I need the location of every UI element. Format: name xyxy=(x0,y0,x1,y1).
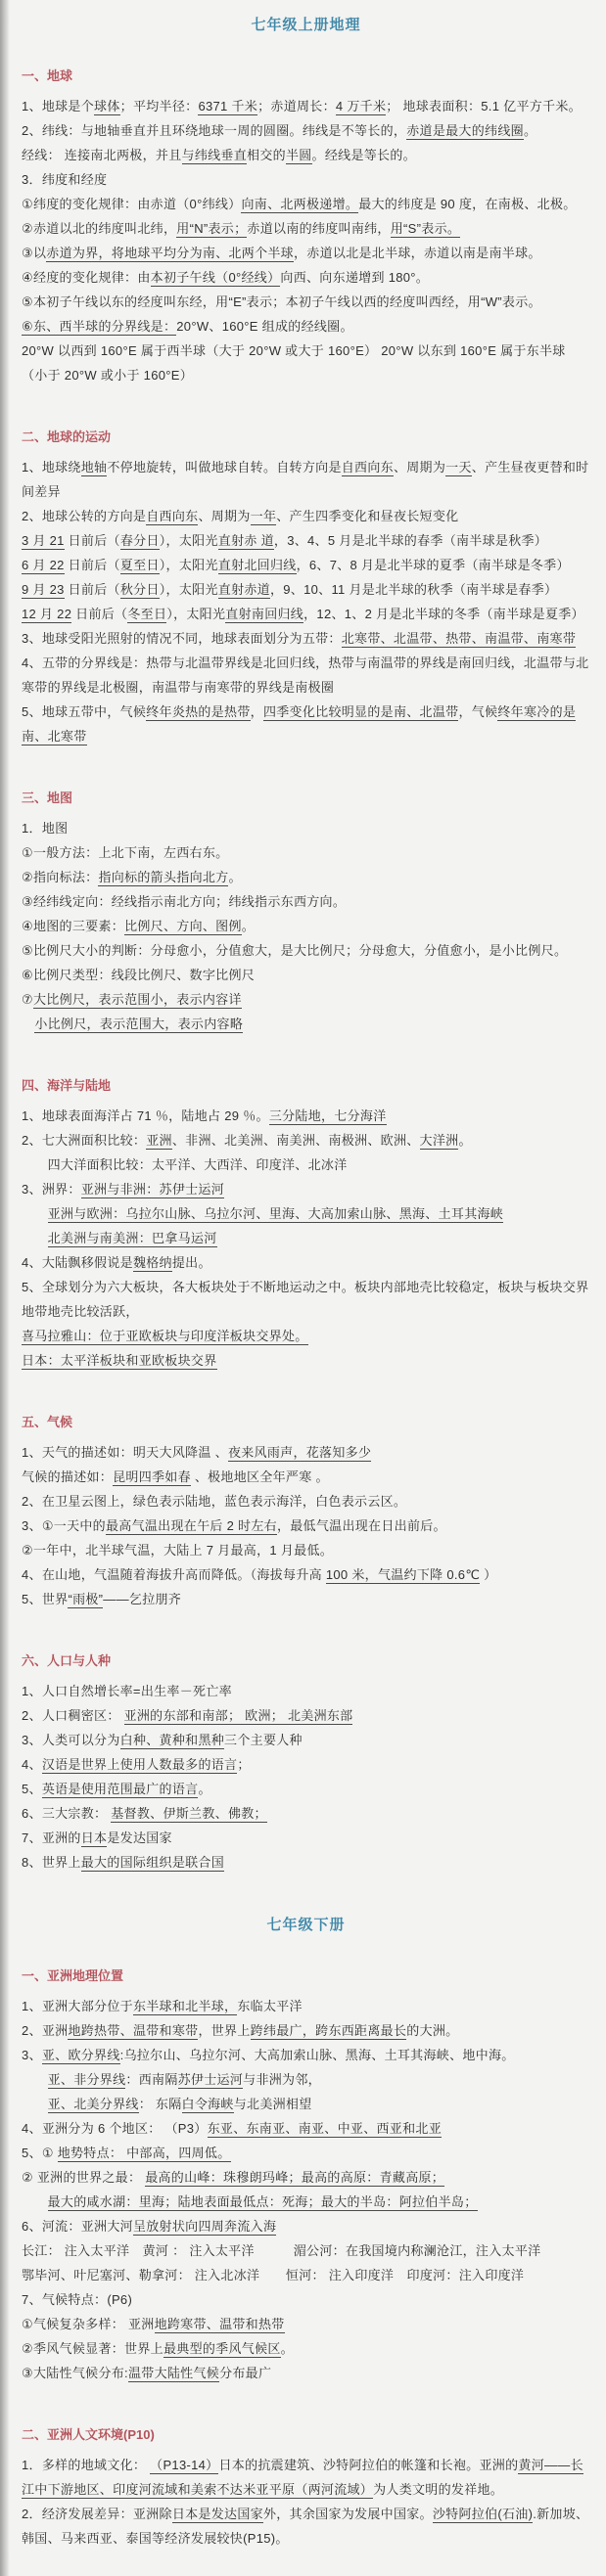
plain-text: ②季风气候显著：世界上 xyxy=(22,2341,163,2356)
section-number: 二、 xyxy=(22,429,47,444)
plain-text: 1、人口自然增长率=出生率－死亡率 xyxy=(22,1684,232,1698)
text-line: 亚、非分界线：西南隔苏伊士运河与非洲为邻， xyxy=(22,2067,590,2092)
underlined-text: 东亚、东南亚、南亚、中亚、西亚和北亚 xyxy=(208,2121,442,2138)
plain-text xyxy=(22,2097,48,2111)
plain-text: ①纬度的变化规律：由赤道（0°纬线） xyxy=(22,197,241,211)
underlined-text: 指向标的箭头指向北方 xyxy=(98,870,228,886)
text-line: 日本：太平洋板块和亚欧板块交界 xyxy=(22,1348,590,1373)
plain-text: 。 xyxy=(242,919,255,933)
underlined-text: 最典型的季风气候区 xyxy=(163,2341,281,2358)
plain-text xyxy=(22,1231,48,1245)
plain-text xyxy=(22,1206,48,1221)
plain-text: ④地图的三要素： xyxy=(22,919,124,933)
plain-text: 2、地球公转的方向是 xyxy=(22,509,146,523)
plain-text: ——乞拉朋齐 xyxy=(103,1592,181,1606)
text-line: 1、天气的描述如：明天大风降温 、夜来风雨声，花落知多少 xyxy=(22,1440,590,1465)
plain-text: 日前后（ xyxy=(65,558,120,572)
underlined-text: 北寒带、北温带、热带、南温带、南寒带 xyxy=(342,631,576,648)
underlined-text: 苏伊士运河 xyxy=(178,2072,244,2089)
plain-text: 。经线是等长的。 xyxy=(312,148,416,162)
text-line: 6、河流：亚洲大河呈放射状向四周奔流入海 xyxy=(22,2214,590,2238)
underlined-text: （P13-14） xyxy=(150,2458,218,2474)
underlined-text: 地轴 xyxy=(81,460,108,476)
underlined-text: 北美洲与南美洲：巴拿马运河 xyxy=(48,1231,217,1247)
plain-text: 20°W、160°E 组成的经线圈。 xyxy=(176,319,353,334)
text-line: 5、英语是使用范围最广的语言。 xyxy=(22,1777,590,1801)
underlined-text: 赤道为界，将地球平均分为南、北两个半球 xyxy=(46,246,294,262)
plain-text: 20°W 以西到 160°E 属于西半球（大于 20°W 或大于 160°E） … xyxy=(22,343,566,383)
underlined-text: 自西向东 xyxy=(342,460,394,476)
underlined-text: 白种、黄种和黑种 xyxy=(120,1733,224,1749)
plain-text: ④经度的变化规律：由 xyxy=(22,270,151,285)
plain-text: 1、亚洲大部分位于 xyxy=(22,1999,133,2013)
underlined-text: 直射南回归线 xyxy=(225,607,303,623)
underlined-text: “雨极” xyxy=(68,1592,103,1608)
plain-text: 鄂毕河、叶尼塞河、勒拿河： 注入北冰洋 恒河： 注入印度洋 印度河：注入印度洋 xyxy=(22,2268,524,2282)
section: 五、气候1、天气的描述如：明天大风降温 、夜来风雨声，花落知多少气候的描述如：昆… xyxy=(22,1410,590,1611)
text-line: 5、世界“雨极”——乞拉朋齐 xyxy=(22,1587,590,1611)
plain-text: ，3、4、5 月是北半球的春季（南半球是秋季） xyxy=(274,533,547,548)
text-line: ⑥比例尺类型：线段比例尺、数字比例尺 xyxy=(22,963,590,987)
plain-text: 与非洲为邻， xyxy=(243,2072,321,2087)
plain-text: ； xyxy=(237,1757,250,1772)
text-line: 经线： 连接南北两极，并且与纬线垂直相交的半圆。经线是等长的。 xyxy=(22,143,590,167)
plain-text: 1．地图 xyxy=(22,821,68,836)
plain-text xyxy=(22,1017,34,1031)
text-line: 4、大陆飘移假说是魏格纳提出。 xyxy=(22,1250,590,1275)
underlined-text: ⑥东、西半球的分界线是： xyxy=(22,319,176,336)
text-line: 气候的描述如：昆明四季如春 、极地地区全年严寒 。 xyxy=(22,1465,590,1489)
plain-text: 3、①一天中的 xyxy=(22,1518,106,1533)
section: 三、地图1．地图①一般方法：上北下南，左西右东。②指向标法：指向标的箭头指向北方… xyxy=(22,786,590,1036)
plain-text: 1、天气的描述如：明天大风降温 、 xyxy=(22,1445,228,1460)
plain-text: 2、人口稠密区： xyxy=(22,1708,124,1723)
text-line: ②指向标法：指向标的箭头指向北方。 xyxy=(22,865,590,889)
plain-text: ； 地球表面积：5.1 亿平方千米。 xyxy=(386,99,582,113)
plain-text: ②赤道以北的纬度叫北纬， xyxy=(22,221,176,236)
plain-text xyxy=(22,2072,48,2087)
text-line: 四大洋面积比较：太平洋、大西洋、印度洋、北冰洋 xyxy=(22,1152,590,1177)
plain-text: 5、 xyxy=(22,1782,42,1796)
underlined-text: 温带大陆性气候 xyxy=(128,2366,219,2382)
part-title: 七年级上册地理 xyxy=(22,14,590,34)
plain-text: 、周期为 xyxy=(394,460,445,475)
text-line: 亚、北美分界线： 东隔白令海峡与北美洲相望 xyxy=(22,2092,590,2116)
section-heading: 一、亚洲地理位置 xyxy=(22,1964,590,1988)
section-title: 亚洲地理位置 xyxy=(47,1968,123,1983)
underlined-text: 赤道是最大的纬线圈 xyxy=(406,123,524,140)
text-line: ⑤比例尺大小的判断：分母愈小，分值愈大，是大比例尺；分母愈大，分值愈小，是小比例… xyxy=(22,938,590,963)
text-line: 4、汉语是世界上使用人数最多的语言； xyxy=(22,1752,590,1777)
underlined-text: 三分陆地，七分海洋 xyxy=(269,1108,387,1125)
plain-text: 、产生四季变化和昼夜长短变化 xyxy=(276,509,458,523)
section-title: 亚洲人文环境(P10) xyxy=(47,2427,155,2442)
plain-text: 4、五带的分界线是：热带与北温带界线是北回归线，热带与南温带的界线是南回归线，北… xyxy=(22,655,588,695)
underlined-text: 亚、北美分界线 xyxy=(48,2097,139,2113)
underlined-text: 沙特阿拉伯(石油) xyxy=(433,2507,533,2523)
text-line: 1．地图 xyxy=(22,816,590,840)
plain-text: 1、地球是个 xyxy=(22,99,94,113)
plain-text: 2、亚洲 xyxy=(22,2023,68,2038)
document-page: 七年级上册地理一、地球1、地球是个球体；平均半径：6371 千米；赤道周长：4 … xyxy=(0,0,606,2576)
text-line: 3．纬度和经度 xyxy=(22,167,590,192)
text-line: 6 月 22 日前后（夏至日），太阳光直射北回归线，6、7、8 月是北半球的夏季… xyxy=(22,553,590,577)
underlined-text: 秋分日 xyxy=(120,582,160,599)
plain-text: 6、三大宗教： xyxy=(22,1806,111,1821)
plain-text: 3、 xyxy=(22,2048,42,2062)
underlined-text: 日本 xyxy=(81,1830,108,1847)
underlined-text: 四季变化比较明显的是南、北温带 xyxy=(263,704,459,721)
plain-text: 3、地球受阳光照射的情况不同，地球表面划分为五带： xyxy=(22,631,342,646)
section-title: 地球的运动 xyxy=(47,429,111,444)
text-line: ①一般方法：上北下南，左西右东。 xyxy=(22,840,590,865)
plain-text: 东临太平洋 xyxy=(237,1999,303,2013)
plain-text: ②指向标法： xyxy=(22,870,98,884)
underlined-text: 喜马拉雅山：位于亚欧板块与印度洋板块交界处。 xyxy=(22,1329,308,1345)
underlined-text: 终年炎热的是热带 xyxy=(146,704,250,721)
underlined-text: 直射赤 道 xyxy=(218,533,274,550)
section: 一、亚洲地理位置1、亚洲大部分位于东半球和北半球，东临太平洋2、亚洲地跨热带、温… xyxy=(22,1964,590,2385)
text-line: 喜马拉雅山：位于亚欧板块与印度洋板块交界处。 xyxy=(22,1324,590,1348)
plain-text: ，9、10、11 月是北半球的秋季（南半球是春季） xyxy=(270,582,557,597)
plain-text: ①气候复杂多样： 亚洲 xyxy=(22,2317,155,2331)
text-line: ④经度的变化规律：由本初子午线（0°经线）向西、向东递增到 180°。 xyxy=(22,265,590,290)
plain-text: 日前后（ xyxy=(71,607,127,621)
underlined-text: 英语是使用范围最广的语言 xyxy=(42,1782,199,1798)
section-title: 地图 xyxy=(47,791,72,805)
text-line: 2、在卫星云图上，绿色表示陆地，蓝色表示海洋，白色表示云区。 xyxy=(22,1489,590,1514)
plain-text: 分布最广 xyxy=(219,2366,271,2380)
plain-text: 长江： 注入太平洋 黄河 ： 注入太平洋 湄公河：在我国境内称澜沧江，注入太平洋 xyxy=(22,2243,540,2258)
text-line: ⑤本初子午线以东的经度叫东经，用“E”表示；本初子午线以西的经度叫西经，用“W”… xyxy=(22,290,590,314)
text-line: 1、地球绕地轴不停地旋转，叫做地球自转。自转方向是自西向东、周期为一天、产生昼夜… xyxy=(22,455,590,504)
underlined-text: 汉语是世界上使用人数最多的语言 xyxy=(42,1757,238,1774)
section-heading: 二、地球的运动 xyxy=(22,425,590,449)
underlined-text: 向南、北两极递增。 xyxy=(241,197,358,213)
plain-text: ⑤比例尺大小的判断：分母愈小，分值愈大，是大比例尺；分母愈大，分值愈小，是小比例… xyxy=(22,943,567,958)
underlined-text: 半圆 xyxy=(286,148,312,164)
plain-text xyxy=(22,2194,48,2209)
underlined-text: 夜来风雨声，花落知多少 xyxy=(228,1445,371,1462)
text-line: 2、地球公转的方向是自西向东、周期为一年、产生四季变化和昼夜长短变化 xyxy=(22,504,590,528)
text-line: 1、地球表面海洋占 71 ％，陆地占 29 ％。三分陆地，七分海洋 xyxy=(22,1104,590,1128)
text-line: 1、亚洲大部分位于东半球和北半球，东临太平洋 xyxy=(22,1994,590,2018)
text-line: 4、在山地，气温随着海拔升高而降低。（海拔每升高 100 米，气温约下降 0.6… xyxy=(22,1562,590,1587)
text-line: 2、七大洲面积比较：亚洲、非洲、北美洲、南美洲、南极洲、欧洲、大洋洲。 xyxy=(22,1128,590,1152)
plain-text: 、极地地区全年严寒 。 xyxy=(191,1469,329,1484)
section-number: 六、 xyxy=(22,1653,47,1668)
text-line: 7、亚洲的日本是发达国家 xyxy=(22,1826,590,1850)
underlined-text: 跨纬最广，跨东西距离最长 xyxy=(251,2023,407,2040)
plain-text: 8、世界上 xyxy=(22,1855,81,1870)
underlined-text: 小比例尺，表示范围大，表示内容略 xyxy=(34,1017,243,1033)
underlined-text: 本初子午线（0°经线） xyxy=(151,270,281,287)
section-heading: 一、地球 xyxy=(22,64,590,88)
plain-text: ；平均半径： xyxy=(120,99,199,113)
underlined-text: 地势特点： 中部高，四周低。 xyxy=(58,2146,231,2162)
underlined-text: 日本是发达国家 xyxy=(172,2507,263,2523)
plain-text: 2、七大洲面积比较： xyxy=(22,1133,146,1148)
underlined-text: 冬至日 xyxy=(127,607,166,623)
plain-text: 日前后（ xyxy=(65,533,120,548)
underlined-text: 一天 xyxy=(445,460,472,476)
underlined-text: 地跨热带、温带和寒带 xyxy=(68,2023,198,2040)
plain-text: ；赤道周长： xyxy=(257,99,336,113)
section-heading: 四、海洋与陆地 xyxy=(22,1073,590,1098)
plain-text: 不停地旋转，叫做地球自转。自转方向是 xyxy=(107,460,341,475)
underlined-text: 比例尺、方向、图例 xyxy=(124,919,242,935)
part-title: 七年级下册 xyxy=(22,1914,590,1934)
section-title: 地球 xyxy=(47,68,72,83)
text-line: ⑥东、西半球的分界线是：20°W、160°E 组成的经线圈。 xyxy=(22,314,590,339)
plain-text: ，6、7、8 月是北半球的夏季（南半球是冬季） xyxy=(297,558,570,572)
underlined-text: 3 月 21 xyxy=(22,533,65,550)
underlined-text: 4 万千米 xyxy=(336,99,386,115)
plain-text: ），太阳光 xyxy=(166,607,225,621)
text-line: 2、纬线：与地轴垂直并且环绕地球一周的圆圈。纬线是不等长的，赤道是最大的纬线圈。 xyxy=(22,118,590,143)
text-line: 鄂毕河、叶尼塞河、勒拿河： 注入北冰洋 恒河： 注入印度洋 印度河：注入印度洋 xyxy=(22,2263,590,2287)
underlined-text: 春分日 xyxy=(120,533,160,550)
plain-text: 与北美洲相望 xyxy=(234,2097,312,2111)
text-line: 1．多样的地域文化： （P13-14）日本的抗震建筑、沙特阿拉伯的帐篷和长袍。亚… xyxy=(22,2453,590,2502)
plain-text: ③大陆性气候分布: xyxy=(22,2366,128,2380)
underlined-text: 12 月 22 xyxy=(22,607,71,623)
underlined-text: 亚洲与非洲：苏伊士运河 xyxy=(81,1182,224,1198)
text-line: 最大的咸水湖：里海；陆地表面最低点：死海；最大的半岛：阿拉伯半岛； xyxy=(22,2190,590,2214)
plain-text: 5、全球划分为六大板块，各大板块处于不断地运动之中。板块内部地壳比较稳定，板块与… xyxy=(22,1280,588,1319)
plain-text: 。 xyxy=(458,1133,471,1148)
plain-text: 5、世界 xyxy=(22,1592,68,1606)
section: 六、人口与人种1、人口自然增长率=出生率－死亡率2、人口稠密区： 亚洲的东部和南… xyxy=(22,1649,590,1875)
plain-text: 日前后（ xyxy=(65,582,120,597)
text-line: ③以赤道为界，将地球平均分为南、北两个半球，赤道以北是北半球，赤道以南是南半球。 xyxy=(22,241,590,265)
underlined-text: 亚、欧分界线 xyxy=(42,2048,120,2064)
underlined-text: 直射赤道 xyxy=(218,582,270,599)
text-line: ②一年中，北半球气温，大陆上 7 月最高，1 月最低。 xyxy=(22,1538,590,1562)
plain-text: 、周期为 xyxy=(198,509,250,523)
section: 四、海洋与陆地1、地球表面海洋占 71 ％，陆地占 29 ％。三分陆地，七分海洋… xyxy=(22,1073,590,1373)
text-line: 2、亚洲地跨热带、温带和寒带，世界上跨纬最广，跨东西距离最长的大洲。 xyxy=(22,2018,590,2043)
plain-text: 4、 xyxy=(22,1757,42,1772)
underlined-text: 球体 xyxy=(94,99,120,115)
plain-text: 2、纬线：与地轴垂直并且环绕地球一周的圆圈。纬线是不等长的， xyxy=(22,123,406,138)
text-line: 3、①一天中的最高气温出现在午后 2 时左右，最低气温出现在日出前后。 xyxy=(22,1514,590,1538)
plain-text: ⑥比例尺类型：线段比例尺、数字比例尺 xyxy=(22,968,255,982)
text-line: 3、人类可以分为白种、黄种和黑种三个主要人种 xyxy=(22,1728,590,1752)
plain-text: ②一年中，北半球气温，大陆上 7 月最高，1 月最低。 xyxy=(22,1543,333,1558)
plain-text: ： 东隔 xyxy=(139,2097,182,2111)
plain-text: 2．经济发展差异：亚洲除 xyxy=(22,2507,172,2521)
underlined-text: 最高气温出现在午后 2 时左右 xyxy=(106,1518,277,1535)
text-line: ①纬度的变化规律：由赤道（0°纬线）向南、北两极递增。最大的纬度是 90 度，在… xyxy=(22,192,590,216)
plain-text: 4、大陆飘移假说是 xyxy=(22,1255,133,1270)
plain-text: 赤道以南的纬度叫南纬， xyxy=(247,221,390,236)
section-number: 五、 xyxy=(22,1415,47,1429)
text-line: 4、亚洲分为 6 个地区： （P3）东亚、东南亚、南亚、中亚、西亚和北亚 xyxy=(22,2116,590,2141)
underlined-text: 地跨寒带、温带和热带 xyxy=(155,2317,285,2333)
text-line: ②赤道以北的纬度叫北纬，用“N”表示；赤道以南的纬度叫南纬，用“S”表示。 xyxy=(22,216,590,241)
underlined-text: 6 月 22 xyxy=(22,558,65,574)
text-line: ③经纬线定向：经线指示南北方向；纬线指示东西方向。 xyxy=(22,889,590,914)
text-line: 长江： 注入太平洋 黄河 ： 注入太平洋 湄公河：在我国境内称澜沧江，注入太平洋 xyxy=(22,2238,590,2263)
underlined-text: 用“S”表示。 xyxy=(391,221,460,238)
underlined-text: 昆明四季如春 xyxy=(113,1469,191,1486)
section-number: 四、 xyxy=(22,1078,47,1093)
text-line: 9 月 23 日前后（秋分日），太阳光直射赤道，9、10、11 月是北半球的秋季… xyxy=(22,577,590,602)
section: 二、亚洲人文环境(P10)1．多样的地域文化： （P13-14）日本的抗震建筑、… xyxy=(22,2422,590,2551)
text-line: ② 亚洲的世界之最： 最高的山峰：珠穆朗玛峰；最高的高原：青藏高原； xyxy=(22,2165,590,2190)
plain-text: 3、洲界： xyxy=(22,1182,81,1197)
underlined-text: 6371 千米 xyxy=(198,99,257,115)
section: 一、地球1、地球是个球体；平均半径：6371 千米；赤道周长：4 万千米； 地球… xyxy=(22,64,590,387)
plain-text: 提出。 xyxy=(172,1255,211,1270)
plain-text: 3．纬度和经度 xyxy=(22,172,107,187)
text-line: 8、世界上最大的国际组织是联合国 xyxy=(22,1850,590,1875)
plain-text: 、非洲、北美洲、南美洲、南极洲、欧洲、 xyxy=(172,1133,420,1148)
plain-text: 最大的纬度是 90 度，在南极、北极。 xyxy=(358,197,576,211)
section-number: 一、 xyxy=(22,68,47,83)
underlined-text: 最高的山峰：珠穆朗玛峰；最高的高原：青藏高原； xyxy=(145,2170,444,2187)
plain-text: 气候的描述如： xyxy=(22,1469,113,1484)
plain-text: 4、亚洲分为 6 个地区： （P3） xyxy=(22,2121,208,2136)
plain-text: 。 xyxy=(198,1782,210,1796)
plain-text: 相交的 xyxy=(247,148,286,162)
plain-text: ），太阳光 xyxy=(160,582,218,597)
plain-text: 1、地球绕 xyxy=(22,460,81,475)
underlined-text: 最大的国际组织是联合国 xyxy=(81,1855,224,1872)
text-line: 12 月 22 日前后（冬至日），太阳光直射南回归线，12、1、2 月是北半球的… xyxy=(22,602,590,626)
text-line: 3、洲界：亚洲与非洲：苏伊士运河 xyxy=(22,1177,590,1201)
plain-text: 四大洋面积比较：太平洋、大西洋、印度洋、北冰洋 xyxy=(22,1157,348,1172)
underlined-text: 自西向东 xyxy=(146,509,198,525)
plain-text: 是发达国家 xyxy=(107,1830,172,1845)
plain-text: ） xyxy=(480,1567,496,1582)
section-title: 人口与人种 xyxy=(47,1653,111,1668)
text-line: 4、五带的分界线是：热带与北温带界线是北回归线，热带与南温带的界线是南回归线，北… xyxy=(22,651,590,700)
plain-text: ①一般方法：上北下南，左西右东。 xyxy=(22,845,228,860)
underlined-text: 魏格纳 xyxy=(133,1255,172,1272)
underlined-text: 最大的咸水湖：里海；陆地表面最低点：死海；最大的半岛：阿拉伯半岛； xyxy=(48,2194,478,2211)
underlined-text: 白令海峡 xyxy=(182,2097,234,2113)
text-line: 7、气候特点：(P6) xyxy=(22,2287,590,2312)
plain-text: ③以 xyxy=(22,246,46,260)
plain-text: 6、河流：亚洲大河 xyxy=(22,2219,133,2234)
text-line: ④地图的三要素：比例尺、方向、图例。 xyxy=(22,914,590,938)
underlined-text: 夏至日 xyxy=(120,558,160,574)
underlined-text: 直射北回归线 xyxy=(218,558,297,574)
plain-text: ），太阳光 xyxy=(160,558,218,572)
section-heading: 六、人口与人种 xyxy=(22,1649,590,1673)
text-line: ①气候复杂多样： 亚洲地跨寒带、温带和热带 xyxy=(22,2312,590,2336)
plain-text: 为人类文明的发祥地。 xyxy=(373,2482,503,2497)
plain-text: :乌拉尔山、乌拉尔河、大高加索山脉、黑海、土耳其海峡、地中海。 xyxy=(120,2048,515,2062)
text-line: 3 月 21 日前后（春分日），太阳光直射赤 道，3、4、5 月是北半球的春季（… xyxy=(22,528,590,553)
text-line: 3、亚、欧分界线:乌拉尔山、乌拉尔河、大高加索山脉、黑海、土耳其海峡、地中海。 xyxy=(22,2043,590,2067)
plain-text: ⑦ xyxy=(22,992,33,1007)
plain-text: 7、气候特点：(P6) xyxy=(22,2292,132,2307)
section-heading: 三、地图 xyxy=(22,786,590,810)
plain-text: ，赤道以北是北半球，赤道以南是南半球。 xyxy=(294,246,541,260)
plain-text: ：西南隔 xyxy=(125,2072,177,2087)
plain-text: 1．多样的地域文化： xyxy=(22,2458,150,2472)
section-number: 一、 xyxy=(22,1968,47,1983)
text-line: ③大陆性气候分布:温带大陆性气候分布最广 xyxy=(22,2361,590,2385)
plain-text: 向西、向东递增到 180°。 xyxy=(280,270,429,285)
text-line: 6、三大宗教： 基督教、伊斯兰教、佛教； xyxy=(22,1801,590,1826)
section-number: 二、 xyxy=(22,2427,47,2442)
text-line: 亚洲与欧洲：乌拉尔山脉、乌拉尔河、里海、大高加索山脉、黑海、土耳其海峡 xyxy=(22,1201,590,1226)
underlined-text: 用“N”表示； xyxy=(176,221,247,238)
text-line: 小比例尺，表示范围大，表示内容略 xyxy=(22,1012,590,1036)
text-line: 20°W 以西到 160°E 属于西半球（大于 20°W 或大于 160°E） … xyxy=(22,339,590,387)
underlined-text: 大洋洲 xyxy=(420,1133,459,1150)
text-line: ⑦大比例尺，表示范围小，表示内容详 xyxy=(22,987,590,1012)
section-heading: 五、气候 xyxy=(22,1410,590,1434)
plain-text: ），太阳光 xyxy=(160,533,218,548)
text-line: 3、地球受阳光照射的情况不同，地球表面划分为五带：北寒带、北温带、热带、南温带、… xyxy=(22,626,590,651)
text-line: 1、地球是个球体；平均半径：6371 千米；赤道周长：4 万千米； 地球表面积：… xyxy=(22,94,590,118)
plain-text: ，最低气温出现在日出前后。 xyxy=(277,1518,446,1533)
section-number: 三、 xyxy=(22,791,47,805)
plain-text: 3、人类可以分为 xyxy=(22,1733,120,1747)
plain-text: 经线： 连接南北两极，并且 xyxy=(22,148,182,162)
underlined-text: 与纬线垂直 xyxy=(182,148,248,164)
plain-text: 。 xyxy=(281,2341,294,2356)
plain-text: 5、地球五带中，气候 xyxy=(22,704,146,719)
section-title: 气候 xyxy=(47,1415,72,1429)
text-line: 北美洲与南美洲：巴拿马运河 xyxy=(22,1226,590,1250)
plain-text: 。 xyxy=(524,123,536,138)
underlined-text: 亚、非分界线 xyxy=(48,2072,126,2089)
plain-text: ，世界上 xyxy=(198,2023,250,2038)
underlined-text: 基督教、伊斯兰教、佛教； xyxy=(111,1806,267,1823)
plain-text: 三个主要人种 xyxy=(224,1733,303,1747)
underlined-text: 亚洲的东部和南部； 欧洲； 北美洲东部 xyxy=(124,1708,353,1725)
text-line: 2、人口稠密区： 亚洲的东部和南部； 欧洲； 北美洲东部 xyxy=(22,1703,590,1728)
plain-text: 5、① xyxy=(22,2146,58,2160)
section-title: 海洋与陆地 xyxy=(47,1078,111,1093)
plain-text: ，气候 xyxy=(458,704,497,719)
underlined-text: 100 米，气温约下降 0.6℃ xyxy=(326,1567,480,1584)
underlined-text: 呈放射状向四周奔流入海 xyxy=(133,2219,276,2236)
underlined-text: 大比例尺，表示范围小，表示内容详 xyxy=(33,992,242,1009)
plain-text: ， xyxy=(251,704,263,719)
plain-text: ② 亚洲的世界之最： xyxy=(22,2170,145,2185)
plain-text: 的大洲。 xyxy=(406,2023,458,2038)
underlined-text: 东半球和北半球， xyxy=(133,1999,237,2015)
text-line: 2．经济发展差异：亚洲除日本是发达国家外，其余国家为发展中国家。沙特阿拉伯(石油… xyxy=(22,2502,590,2551)
text-line: 5、① 地势特点： 中部高，四周低。 xyxy=(22,2141,590,2165)
plain-text: 。 xyxy=(228,870,241,884)
text-line: 1、人口自然增长率=出生率－死亡率 xyxy=(22,1679,590,1703)
underlined-text: 亚洲与欧洲：乌拉尔山脉、乌拉尔河、里海、大高加索山脉、黑海、土耳其海峡 xyxy=(48,1206,504,1223)
plain-text: 外，其余国家为发展中国家。 xyxy=(263,2507,433,2521)
plain-text: 7、亚洲的 xyxy=(22,1830,81,1845)
plain-text: ，12、1、2 月是北半球的冬季（南半球是夏季） xyxy=(303,607,584,621)
plain-text: 1、地球表面海洋占 71 ％，陆地占 29 ％。 xyxy=(22,1108,269,1123)
underlined-text: 亚洲 xyxy=(146,1133,172,1150)
text-line: ②季风气候显著：世界上最典型的季风气候区。 xyxy=(22,2336,590,2361)
plain-text: 2、在卫星云图上，绿色表示陆地，蓝色表示海洋，白色表示云区。 xyxy=(22,1494,406,1509)
plain-text: ⑤本初子午线以东的经度叫东经，用“E”表示；本初子午线以西的经度叫西经，用“W”… xyxy=(22,294,541,309)
text-line: 5、地球五带中，气候终年炎热的是热带，四季变化比较明显的是南、北温带，气候终年寒… xyxy=(22,700,590,748)
plain-text: 日本的抗震建筑、沙特阿拉伯的帐篷和长袍。亚洲的 xyxy=(218,2458,518,2472)
underlined-text: 9 月 23 xyxy=(22,582,65,599)
section-heading: 二、亚洲人文环境(P10) xyxy=(22,2422,590,2447)
underlined-text: 一年 xyxy=(251,509,277,525)
section: 二、地球的运动1、地球绕地轴不停地旋转，叫做地球自转。自转方向是自西向东、周期为… xyxy=(22,425,590,748)
text-line: 5、全球划分为六大板块，各大板块处于不断地运动之中。板块内部地壳比较稳定，板块与… xyxy=(22,1275,590,1324)
